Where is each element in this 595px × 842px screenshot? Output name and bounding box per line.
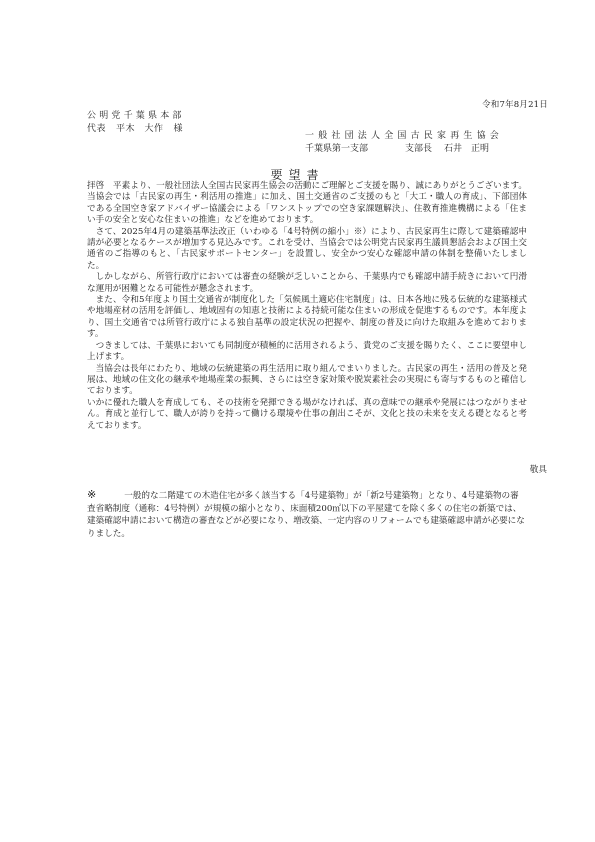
footnote-text: 一般的な二階建ての木造住宅が多く該当する「4号建築物」が「新2号建築物」となり、…	[87, 491, 525, 539]
recipient-block: 公明党千葉県本部 代表平木 大作様	[87, 110, 193, 136]
document-date: 令和7年8月21日	[482, 98, 548, 110]
paragraph: つきましては、千葉県においても同制度が積極的に活用されるよう、貴党のご支援を賜り…	[87, 341, 527, 364]
paragraph: 拝啓 平素より、一般社団法人全国古民家再生協会の活動にご理解とご支援を賜り、誠に…	[87, 181, 527, 227]
recipient-honorific: 様	[174, 124, 184, 134]
sender-branch: 千葉県第一支部	[305, 143, 405, 156]
document-page: 令和7年8月21日 公明党千葉県本部 代表平木 大作様 一般社団法人全国古民家再…	[0, 0, 595, 842]
paragraph: さて、2025年4月の建築基準法改正（いわゆる「4号特例の縮小」※）により、古民…	[87, 227, 527, 273]
footnote: ※一般的な二階建ての木造住宅が多く該当する「4号建築物」が「新2号建築物」となり…	[87, 489, 527, 540]
recipient-organization: 公明党千葉県本部	[87, 110, 193, 123]
paragraph: 当協会は長年にわたり、地域の伝統建築の再生活用に取り組んでまいりました。古民家の…	[87, 364, 527, 398]
recipient-representative: 代表平木 大作様	[87, 123, 193, 136]
reference-mark-icon: ※	[87, 488, 96, 501]
sender-organization: 一般社団法人全国古民家再生協会	[305, 130, 503, 143]
sender-branch-line: 千葉県第一支部支部長石井 正明	[305, 143, 503, 156]
sender-block: 一般社団法人全国古民家再生協会 千葉県第一支部支部長石井 正明	[305, 130, 503, 156]
letter-body: 拝啓 平素より、一般社団法人全国古民家再生協会の活動にご理解とご支援を賜り、誠に…	[87, 181, 527, 432]
paragraph: いかに優れた職人を育成しても、その技術を発揮できる場がなければ、真の意味での継承…	[87, 398, 527, 432]
sender-position: 支部長	[405, 143, 432, 156]
sender-name: 石井 正明	[444, 143, 489, 156]
paragraph: しかしながら、所管行政庁においては審査の経験が乏しいことから、千葉県内でも確認申…	[87, 272, 527, 295]
recipient-name: 平木 大作	[116, 124, 164, 134]
paragraph: また、令和5年度より国土交通省が制度化した「気候風土適応住宅制度」は、日本各地に…	[87, 295, 527, 341]
recipient-title: 代表	[87, 124, 106, 134]
closing-phrase: 敬具	[530, 463, 547, 475]
